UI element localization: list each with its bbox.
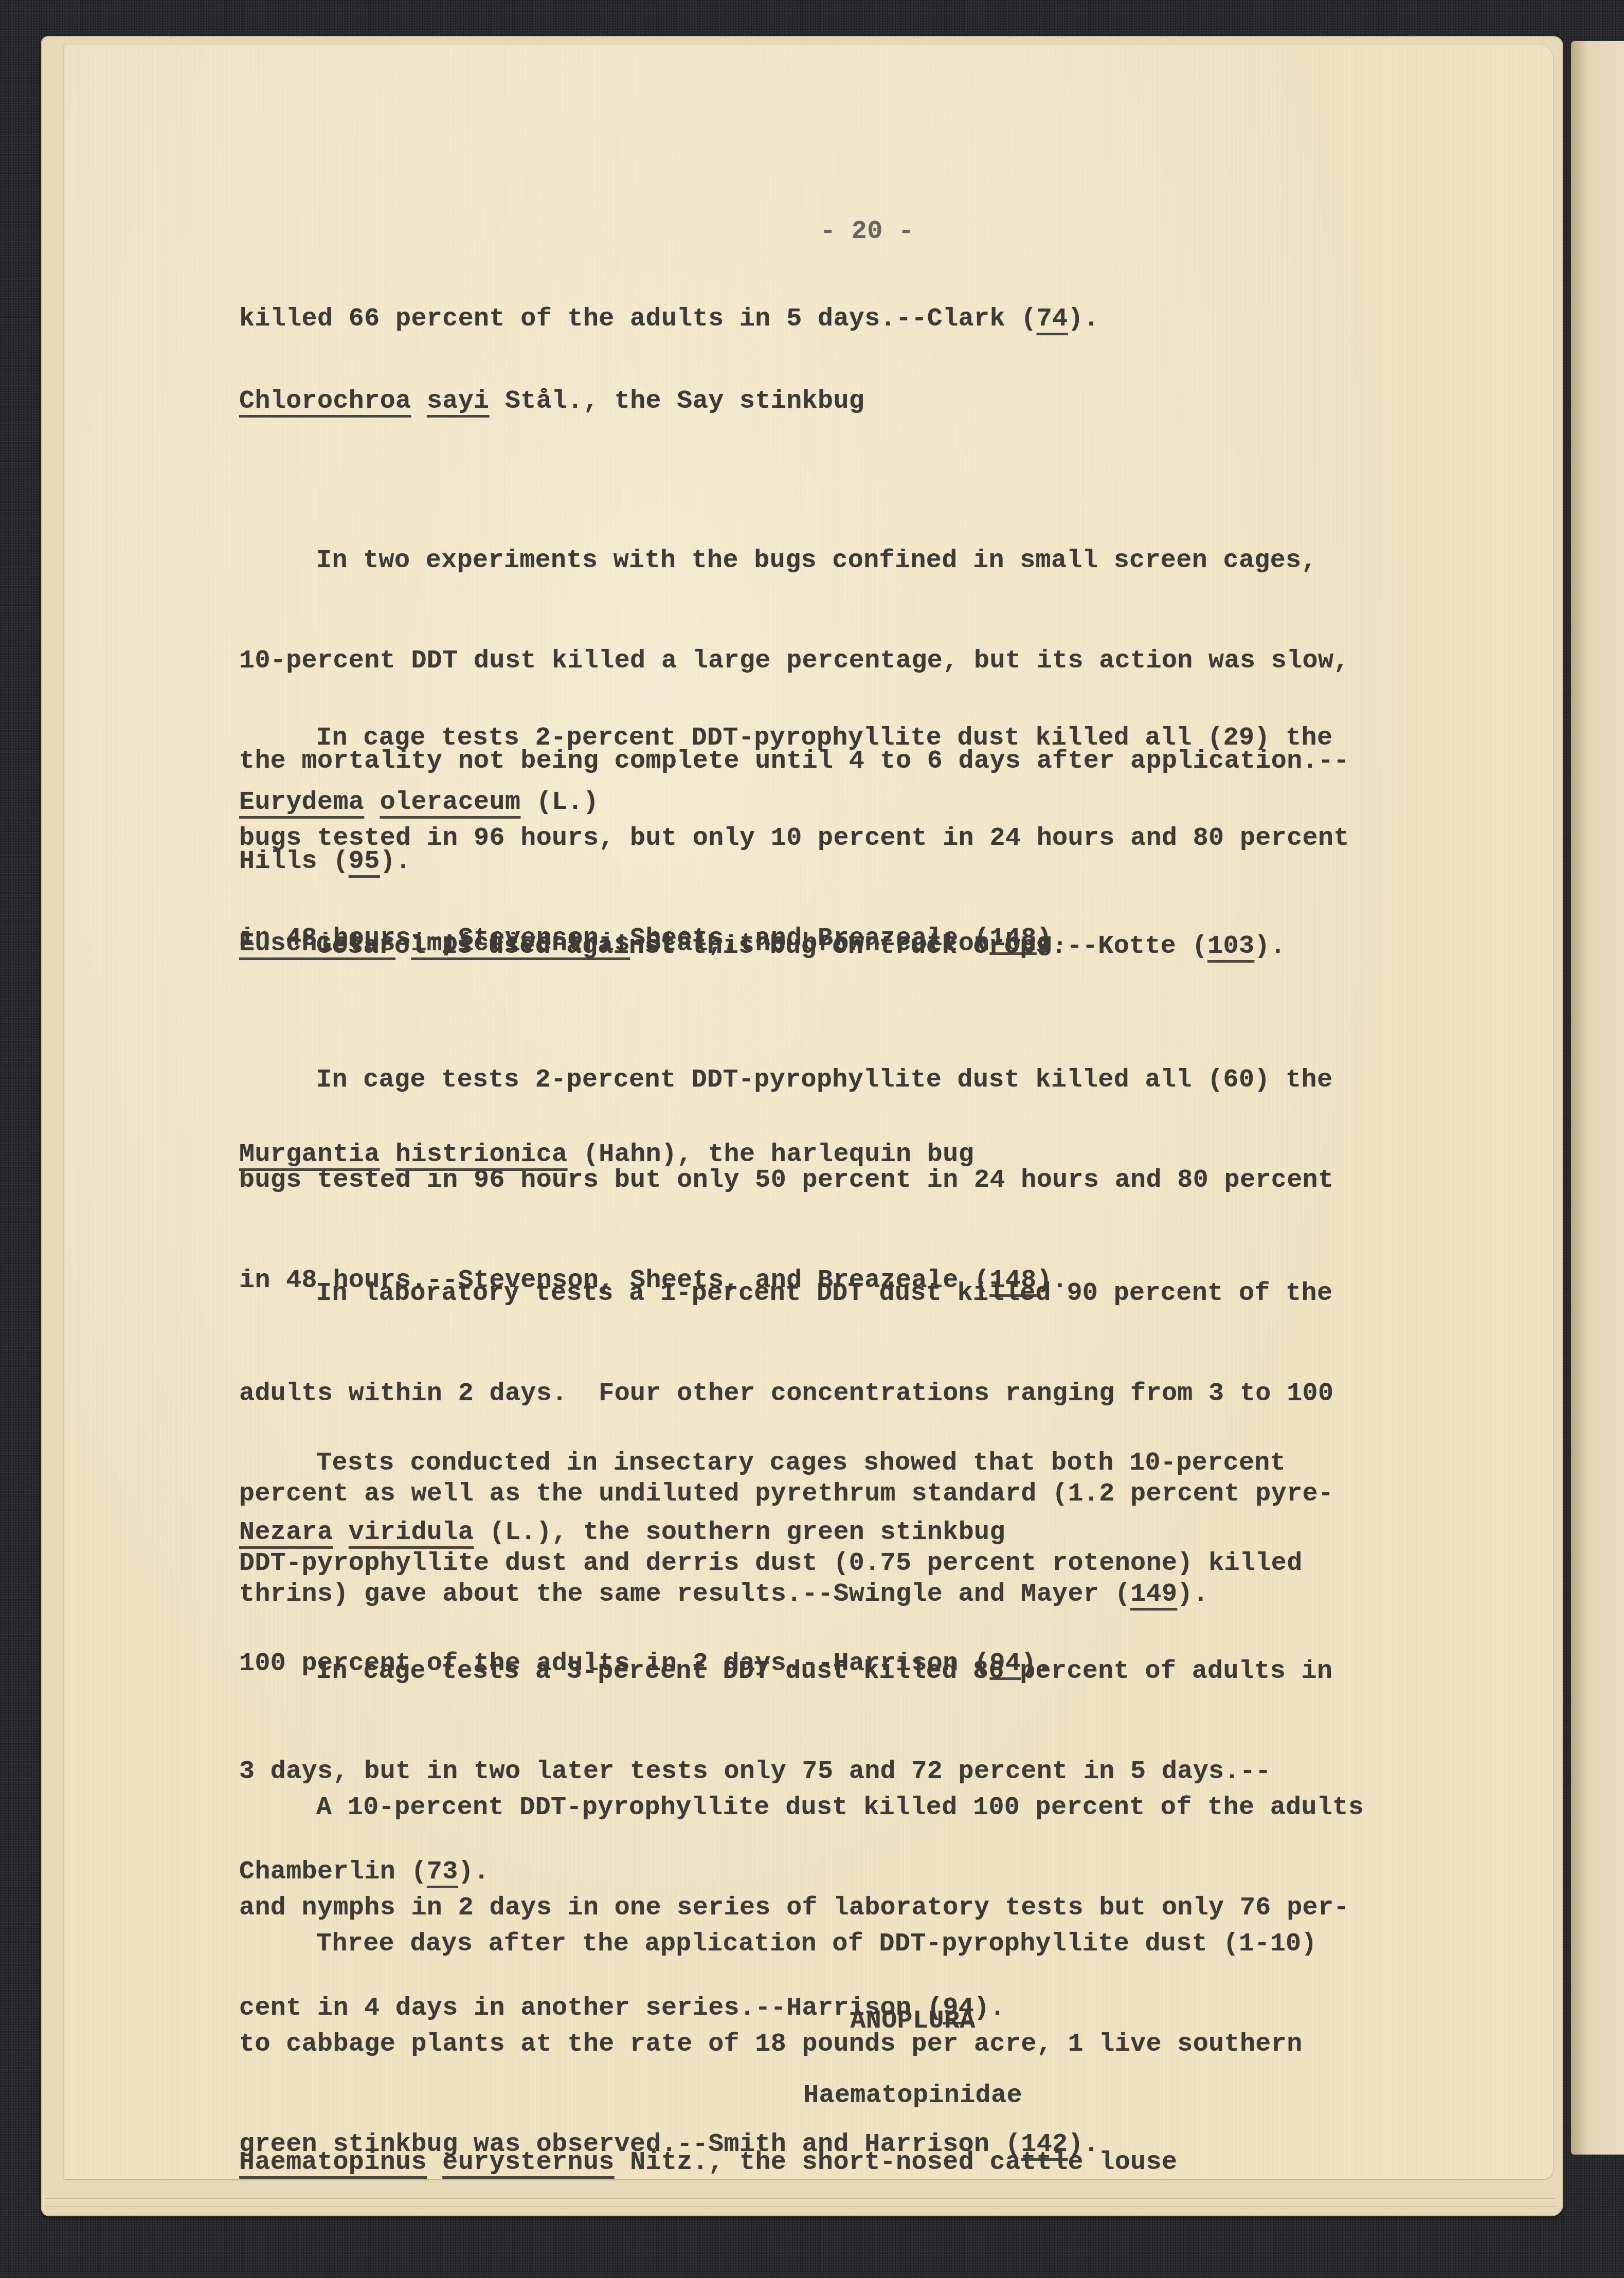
page-number: - 20 - [820,215,914,248]
paragraph-line: A 10-percent DDT-pyrophyllite dust kille… [239,1791,1364,1824]
heading-rest: (L.), the southern green stinkbug [474,1518,1005,1547]
paragraph-line: In cage tests 2-percent DDT-pyrophyllite… [239,1063,1333,1097]
species-name: sayi [427,387,490,416]
species-heading-eurydema-oleraceum: Eurydema oleraceum (L.) [239,786,599,819]
genus-name: Eurydema [239,788,364,817]
continuation-paragraph: killed 66 percent of the adults in 5 day… [239,302,1099,336]
paragraph-line: In laboratory tests a 1-percent DDT dust… [239,1277,1333,1310]
order-heading: ANOPLURA [239,2004,1586,2038]
paragraph-line: Three days after the application of DDT-… [239,1927,1317,1961]
species-name: viridula [349,1518,474,1547]
genus-name: Nezara [239,1518,333,1547]
genus-name: Chlorochroa [239,387,411,416]
heading-rest: Stål, the brown cotton bug [630,929,1052,959]
species-name: oleraceum [380,788,521,817]
species-heading-nezara-viridula: Nezara viridula (L.), the southern green… [239,1516,1005,1549]
paragraph-line: In cage tests a 3-percent DDT dust kille… [239,1655,1332,1688]
paragraph-line: In cage tests 2-percent DDT-pyrophyllite… [239,721,1349,755]
citation-ref: 74 [1037,304,1068,334]
species-heading-haematopinus-eurysternus: Haematopinus eurysternus Nitz., the shor… [239,2146,1177,2179]
citation-ref: 103 [1207,932,1254,961]
continuation-text: killed 66 percent of the adults in 5 day… [239,304,1099,334]
genus-name: Euschistus [239,929,395,959]
facing-page-edge [1571,41,1624,2155]
species-heading-murgantia-histrionica: Murgantia histrionica (Hahn), the harleq… [239,1138,974,1171]
species-name: impictiventris [411,929,630,959]
paragraph-line: DDT-pyrophyllite dust and derris dust (0… [239,1547,1303,1580]
species-name: eurysternus [442,2148,614,2177]
paragraph-line: bugs tested in 96 hours, but only 10 per… [239,822,1349,855]
genus-name: Murgantia [239,1140,380,1169]
heading-rest: (Hahn), the harlequin bug [568,1140,975,1169]
species-name: histrionica [395,1140,567,1169]
heading-rest: (L.) [520,788,599,817]
species-heading-chlorochroa-sayi: Chlorochroa sayi Stål., the Say stinkbug [239,385,864,418]
species-heading-euschistus-impictiventris: Euschistus impictiventris Stål, the brow… [239,927,1052,961]
heading-rest: Stål., the Say stinkbug [490,387,865,416]
paragraph-line: In two experiments with the bugs confine… [239,544,1349,577]
family-heading: Haematopinidae [239,2079,1586,2112]
paragraph-line: Tests conducted in insectary cages showe… [239,1447,1303,1480]
document-page: - 20 - killed 66 percent of the adults i… [64,45,1553,2179]
genus-name: Haematopinus [239,2148,427,2177]
heading-rest: Nitz., the short-nosed cattle louse [615,2148,1178,2177]
